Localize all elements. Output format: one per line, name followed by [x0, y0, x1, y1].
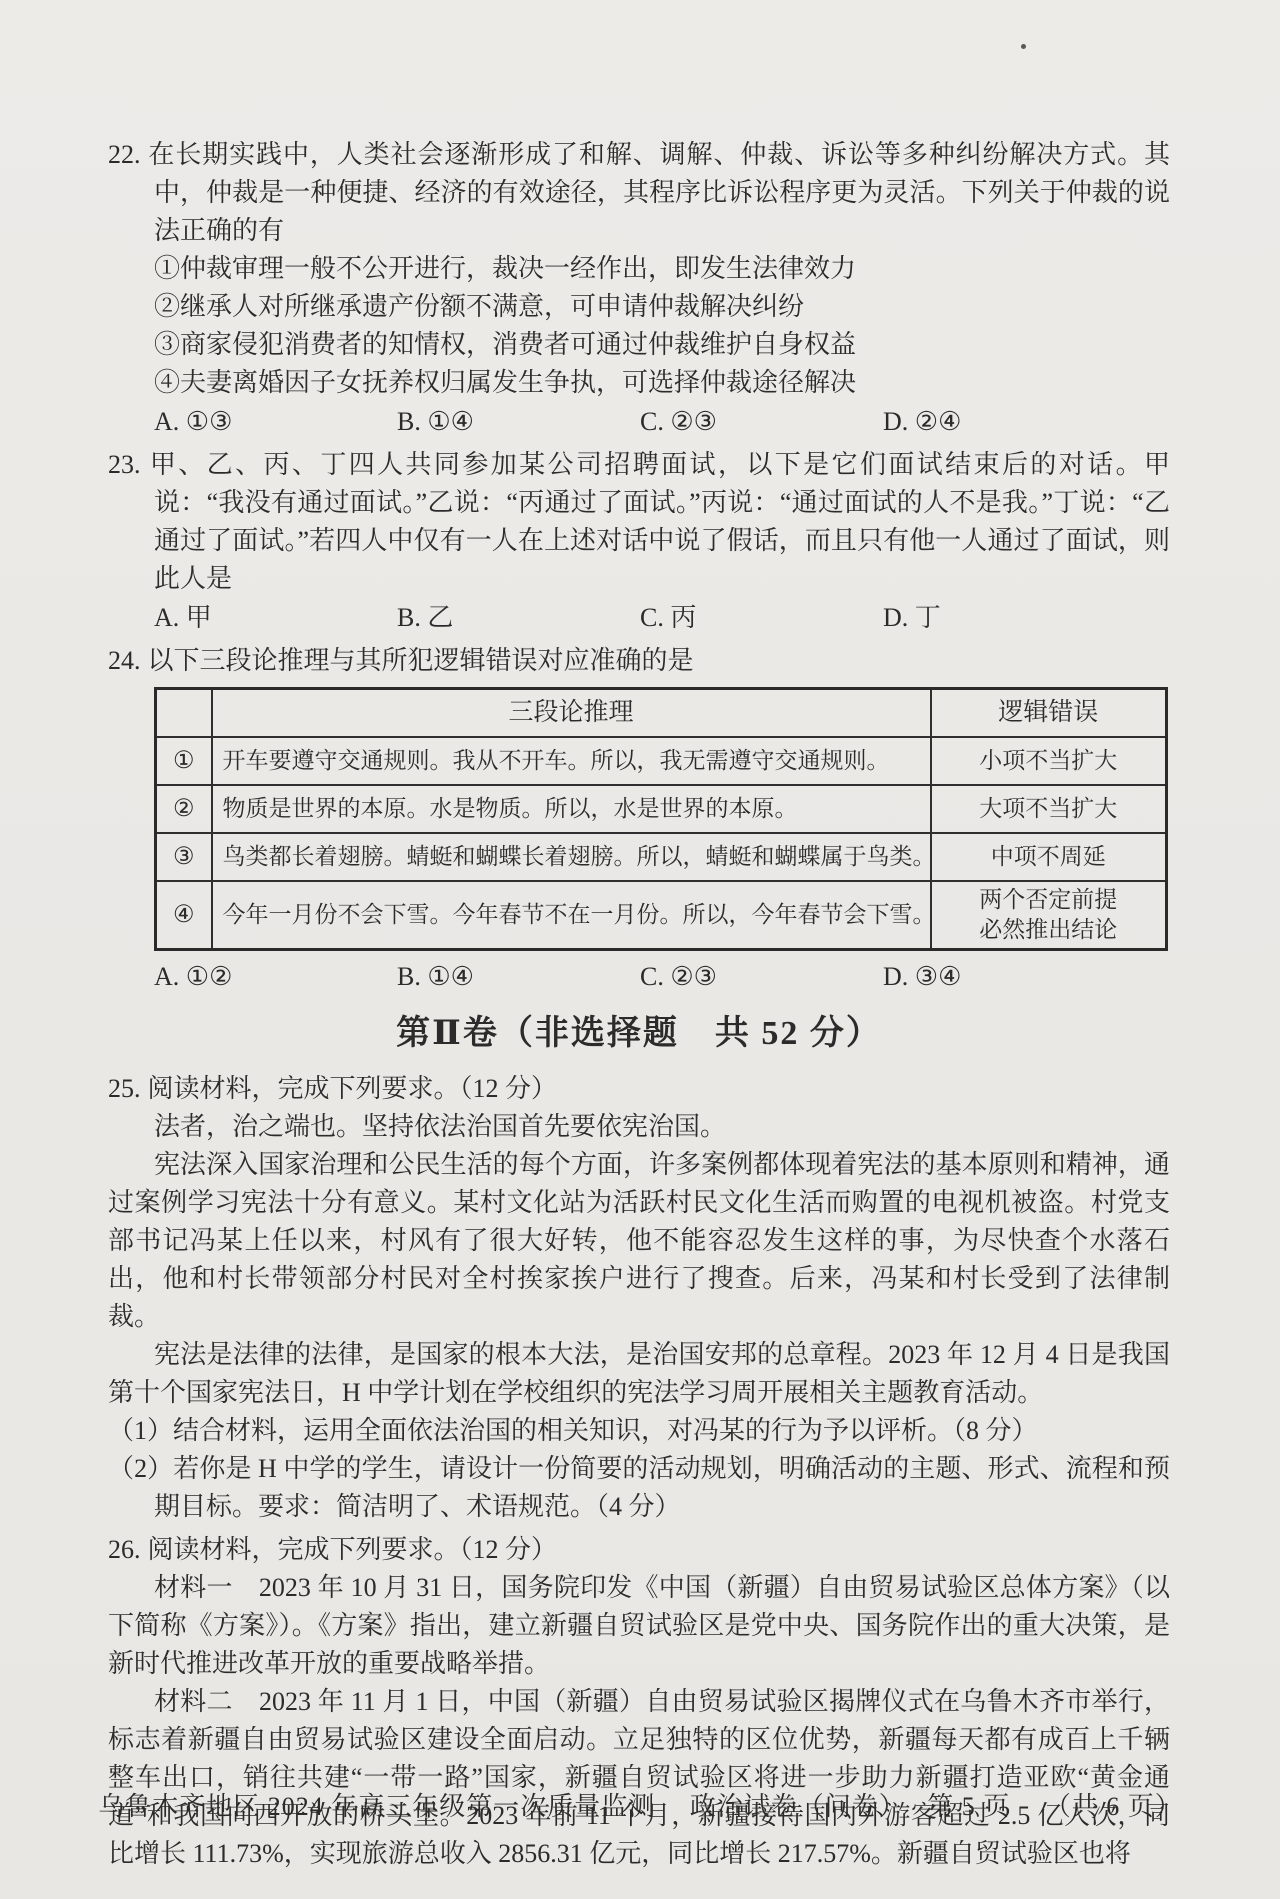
q24-table-row-4: ④ 今年一月份不会下雪。今年春节不在一月份。所以，今年春节会下雪。 两个否定前提…: [156, 881, 1167, 950]
q26-number: 26.: [108, 1535, 141, 1564]
q24-stem-text: 以下三段论推理与其所犯逻辑错误对应准确的是: [148, 646, 694, 675]
q24-table-row-2: ② 物质是世界的本原。水是物质。所以，水是世界的本原。 大项不当扩大: [156, 785, 1167, 833]
q24-row3-num: ③: [156, 833, 212, 881]
q24-row1-reasoning: 开车要遵守交通规则。我从不开车。所以，我无需遵守交通规则。: [212, 737, 931, 785]
q25-subquestion-2: （2）若你是 H 中学的学生，请设计一份简要的活动规划，明确活动的主题、形式、流…: [108, 1450, 1170, 1526]
q25-head-text: 阅读材料，完成下列要求。（12 分）: [148, 1074, 558, 1103]
q26-head-text: 阅读材料，完成下列要求。（12 分）: [148, 1535, 558, 1564]
q24-row4-reasoning: 今年一月份不会下雪。今年春节不在一月份。所以，今年春节会下雪。: [212, 881, 931, 950]
q24-option-c: C. ②③: [640, 958, 883, 996]
q25-paragraph-2: 宪法深入国家治理和公民生活的每个方面，许多案例都体现着宪法的基本原则和精神，通过…: [108, 1146, 1170, 1336]
q24-number: 24.: [108, 646, 141, 675]
q25-head: 25.阅读材料，完成下列要求。（12 分）: [108, 1070, 1170, 1108]
q22-number: 22.: [108, 140, 141, 169]
q24-row2-error: 大项不当扩大: [931, 785, 1167, 833]
q22-option-a: A. ①③: [154, 403, 397, 441]
q23-options: A. 甲B. 乙C. 丙D. 丁: [108, 599, 1170, 637]
q24-row1-num: ①: [156, 737, 212, 785]
scan-artifact-dot: [1021, 44, 1026, 49]
q24-row1-error: 小项不当扩大: [931, 737, 1167, 785]
exam-paper-page: 22.在长期实践中，人类社会逐渐形成了和解、调解、仲裁、诉讼等多种纠纷解决方式。…: [0, 0, 1280, 1899]
q24-row3-reasoning: 鸟类都长着翅膀。蜻蜓和蝴蝶长着翅膀。所以，蜻蜓和蝴蝶属于鸟类。: [212, 833, 931, 881]
q24-table: 三段论推理 逻辑错误 ① 开车要遵守交通规则。我从不开车。所以，我无需遵守交通规…: [154, 687, 1168, 951]
q22-items: ①仲裁审理一般不公开进行，裁决一经作出，即发生法律效力 ②继承人对所继承遗产份额…: [108, 250, 1170, 402]
q24-row4-error: 两个否定前提 必然推出结论: [931, 881, 1167, 950]
q24-stem: 24.以下三段论推理与其所犯逻辑错误对应准确的是: [108, 642, 1170, 680]
q22-options: A. ①③B. ①④C. ②③D. ②④: [108, 403, 1170, 441]
q22-item-3: ③商家侵犯消费者的知情权，消费者可通过仲裁维护自身权益: [154, 326, 1170, 364]
q23-option-d: D. 丁: [883, 599, 941, 637]
q23-stem: 23.甲、乙、丙、丁四人共同参加某公司招聘面试，以下是它们面试结束后的对话。甲说…: [108, 446, 1170, 598]
q26-material-2: 材料二 2023 年 11 月 1 日，中国（新疆）自由贸易试验区揭牌仪式在乌鲁…: [108, 1683, 1170, 1873]
q24-options: A. ①②B. ①④C. ②③D. ③④: [108, 958, 1170, 996]
q22-stem-text: 在长期实践中，人类社会逐渐形成了和解、调解、仲裁、诉讼等多种纠纷解决方式。其中，…: [148, 140, 1171, 245]
question-22: 22.在长期实践中，人类社会逐渐形成了和解、调解、仲裁、诉讼等多种纠纷解决方式。…: [108, 136, 1170, 441]
q24-row3-error: 中项不周延: [931, 833, 1167, 881]
q23-option-c: C. 丙: [640, 599, 883, 637]
q26-material-1: 材料一 2023 年 10 月 31 日，国务院印发《中国（新疆）自由贸易试验区…: [108, 1569, 1170, 1683]
exam-content: 22.在长期实践中，人类社会逐渐形成了和解、调解、仲裁、诉讼等多种纠纷解决方式。…: [108, 136, 1170, 1878]
q22-option-d: D. ②④: [883, 403, 961, 441]
q24-option-d: D. ③④: [883, 958, 961, 996]
question-25: 25.阅读材料，完成下列要求。（12 分） 法者，治之端也。坚持依法治国首先要依…: [108, 1070, 1170, 1526]
q24-table-header-row: 三段论推理 逻辑错误: [156, 689, 1167, 738]
q24-header-reasoning: 三段论推理: [212, 689, 931, 738]
q23-option-a: A. 甲: [154, 599, 397, 637]
q22-option-c: C. ②③: [640, 403, 883, 441]
q24-row2-reasoning: 物质是世界的本原。水是物质。所以，水是世界的本原。: [212, 785, 931, 833]
q22-item-4: ④夫妻离婚因子女抚养权归属发生争执，可选择仲裁途径解决: [154, 364, 1170, 402]
section-2-title: 第Ⅱ卷（非选择题 共 52 分）: [108, 1010, 1170, 1058]
q26-head: 26.阅读材料，完成下列要求。（12 分）: [108, 1531, 1170, 1569]
q22-item-1: ①仲裁审理一般不公开进行，裁决一经作出，即发生法律效力: [154, 250, 1170, 288]
q24-table-row-3: ③ 鸟类都长着翅膀。蜻蜓和蝴蝶长着翅膀。所以，蜻蜓和蝴蝶属于鸟类。 中项不周延: [156, 833, 1167, 881]
question-24: 24.以下三段论推理与其所犯逻辑错误对应准确的是 三段论推理 逻辑错误 ① 开车…: [108, 642, 1170, 996]
q25-paragraph-1: 法者，治之端也。坚持依法治国首先要依宪治国。: [108, 1108, 1170, 1146]
q22-stem: 22.在长期实践中，人类社会逐渐形成了和解、调解、仲裁、诉讼等多种纠纷解决方式。…: [108, 136, 1170, 250]
page-footer: 乌鲁木齐地区 2024 年高三年级第一次质量监测 政治试卷（问卷） 第 5 页 …: [0, 1786, 1280, 1823]
q25-paragraph-3: 宪法是法律的法律，是国家的根本大法，是治国安邦的总章程。2023 年 12 月 …: [108, 1336, 1170, 1412]
q23-option-b: B. 乙: [397, 599, 640, 637]
q22-item-2: ②继承人对所继承遗产份额不满意，可申请仲裁解决纠纷: [154, 288, 1170, 326]
q24-row2-num: ②: [156, 785, 212, 833]
q25-number: 25.: [108, 1074, 141, 1103]
q24-row4-num: ④: [156, 881, 212, 950]
q25-subquestion-1: （1）结合材料，运用全面依法治国的相关知识，对冯某的行为予以评析。（8 分）: [108, 1412, 1170, 1450]
question-23: 23.甲、乙、丙、丁四人共同参加某公司招聘面试，以下是它们面试结束后的对话。甲说…: [108, 446, 1170, 637]
q24-table-row-1: ① 开车要遵守交通规则。我从不开车。所以，我无需遵守交通规则。 小项不当扩大: [156, 737, 1167, 785]
q24-option-a: A. ①②: [154, 958, 397, 996]
q24-header-error: 逻辑错误: [931, 689, 1167, 738]
q22-option-b: B. ①④: [397, 403, 640, 441]
q23-number: 23.: [108, 450, 141, 479]
q23-stem-text: 甲、乙、丙、丁四人共同参加某公司招聘面试，以下是它们面试结束后的对话。甲说：“我…: [148, 450, 1171, 593]
q24-option-b: B. ①④: [397, 958, 640, 996]
q24-header-blank: [156, 689, 212, 738]
